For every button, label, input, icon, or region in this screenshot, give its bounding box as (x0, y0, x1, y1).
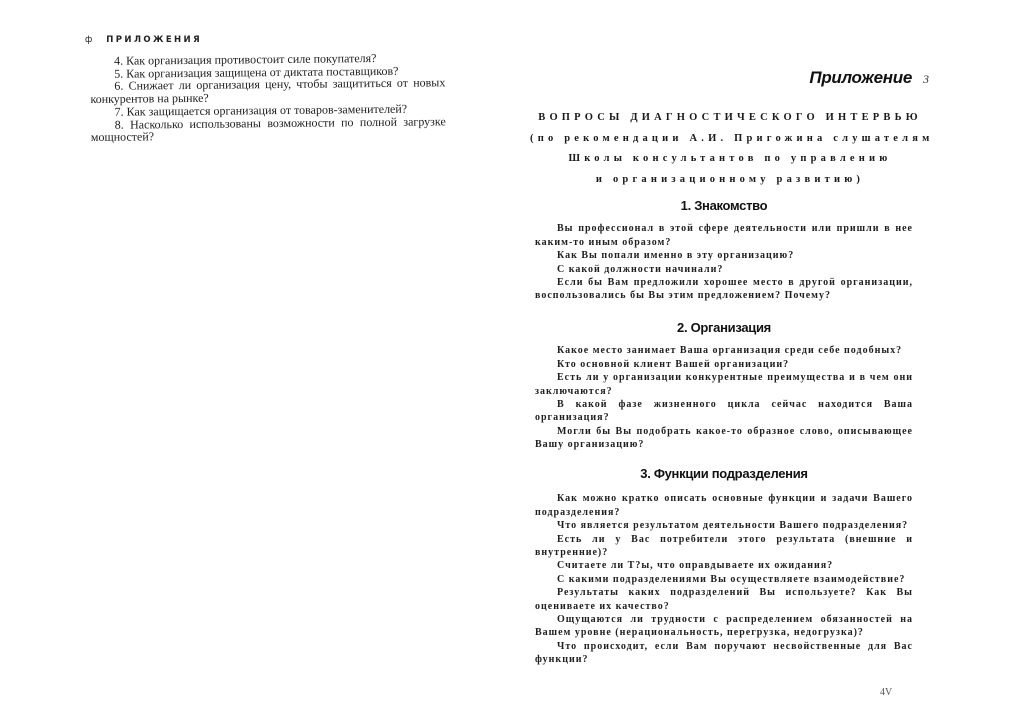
appendix-label: Приложение (809, 68, 912, 88)
question: Результаты каких подразделений Вы исполь… (535, 586, 913, 613)
question-list: 4. Как организация противостоит силе пок… (90, 51, 446, 144)
list-item: 8. Насколько использованы возможности по… (91, 115, 446, 144)
title-line: и организационному развитию) (530, 170, 930, 191)
question: Что является результатом деятельности Ва… (535, 519, 913, 532)
running-head-glyph: ф (85, 35, 92, 45)
section-department-functions: 3. Функции подразделения Как можно кратк… (535, 467, 913, 667)
section-heading: 2. Организация (535, 321, 913, 334)
running-head: фПРИЛОЖЕНИЯ (85, 35, 202, 45)
page-number: 4V (880, 687, 892, 698)
question: Какое место занимает Ваша организация ср… (535, 344, 913, 357)
title-line: (по рекомендации А.И. Пригожина слушател… (530, 129, 930, 150)
question: Если бы Вам предложили хорошее место в д… (535, 276, 913, 303)
section-heading: 3. Функции подразделения (535, 467, 913, 480)
section-acquaintance: 1. Знакомство Вы профессионал в этой сфе… (535, 199, 913, 303)
question: С какими подразделениями Вы осуществляет… (535, 573, 913, 586)
question: Кто основной клиент Вашей организации? (535, 358, 913, 371)
question: Вы профессионал в этой сфере деятельност… (535, 222, 913, 249)
question: Ощущаются ли трудности с распределением … (535, 613, 913, 640)
question: Как можно кратко описать основные функци… (535, 492, 913, 519)
appendix-number: 3 (923, 72, 929, 87)
question: В какой фазе жизненного цикла сейчас нах… (535, 398, 913, 425)
question: Как Вы попали именно в эту организацию? (535, 249, 913, 262)
question: Есть ли у организации конкурентные преим… (535, 371, 913, 398)
question: Что происходит, если Вам поручают несвой… (535, 640, 913, 667)
question: Есть ли у Вас потребители этого результа… (535, 533, 913, 560)
left-page: фПРИЛОЖЕНИЯ 4. Как организация противост… (0, 0, 512, 725)
section-organization: 2. Организация Какое место занимает Ваша… (535, 321, 913, 452)
running-head-text: ПРИЛОЖЕНИЯ (106, 35, 202, 45)
question: Считаете ли Т?ы, что оправдываете их ожи… (535, 559, 913, 572)
question: Могли бы Вы подобрать какое-то образное … (535, 425, 913, 452)
title-line: ВОПРОСЫ ДИАГНОСТИЧЕСКОГО ИНТЕРВЬЮ (530, 108, 930, 129)
title-line: Школы консультантов по управлению (530, 149, 930, 170)
section-heading: 1. Знакомство (535, 199, 913, 212)
question: С какой должности начинали? (535, 263, 913, 276)
document-title: ВОПРОСЫ ДИАГНОСТИЧЕСКОГО ИНТЕРВЬЮ (по ре… (530, 108, 930, 190)
